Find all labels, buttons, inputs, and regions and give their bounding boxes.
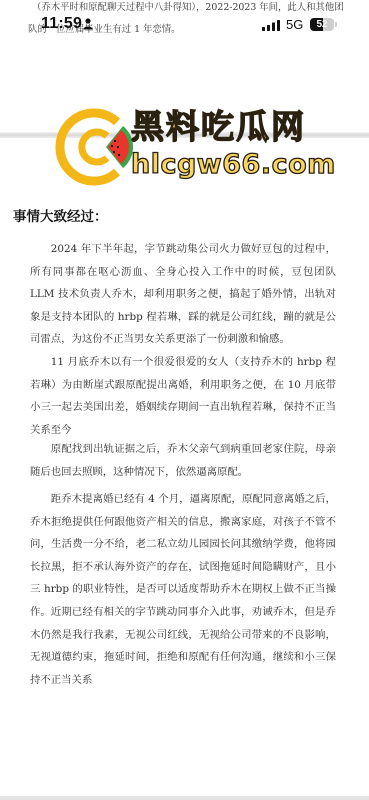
bottom-edge [0,796,369,800]
watermark-title: 黑料吃瓜网 [131,108,306,146]
document-top-line-2: 队的一位应届毕业生有过 1 年恋情。 [28,24,359,36]
paragraph: 近期已经有相关的字节跳动同事介入此事，劝诫乔木，但是乔木仍然是我行我素，无视公司… [30,601,336,691]
paragraph: 2024 年下半年起，字节跳动集公司火力做好豆包的过程中，所有同事都在呕心沥血、… [30,238,336,351]
watermark-logo-icon [55,108,133,186]
paragraph: 原配找到出轨证据之后，乔木父亲气到病重回老家住院，母亲随后也回去照顾，这种情况下… [30,438,336,483]
paragraph: 11 月底乔木以有一个很爱很爱的女人（支持乔木的 hrbp 程若琳）为由断崖式跟… [30,351,336,441]
section-title: 事情大致经过： [13,205,108,225]
watermark-url: hlcgw66.com [131,149,336,181]
document-top-line-1: （乔木平时和原配聊天过程中八卦得知），2022-2023 年间，此人和其他团 [32,2,359,14]
